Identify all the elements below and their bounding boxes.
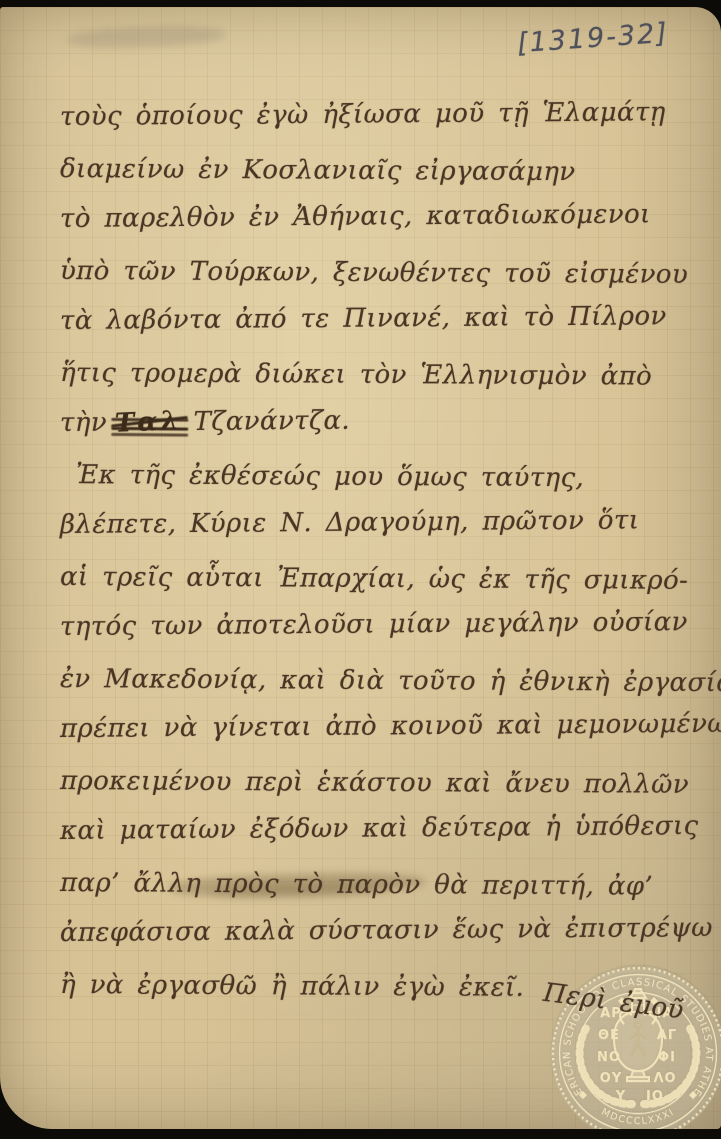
letter-body: τοὺς ὁποίους ἐγὼ ἠξίωσα μοῦ τῇ Ἑλαμάτῃ δ…: [60, 92, 713, 1010]
seal-letters-right: ΙΟ: [646, 1089, 664, 1104]
seal-letters-left: ΘΕ: [598, 1028, 620, 1043]
pencil-smudge: [66, 24, 227, 50]
seal-letters-left: ΝΟ: [597, 1050, 621, 1065]
paper-sheet: [1319-32] AMERICAN SCHOOL OF CLASSICAL S…: [0, 7, 721, 1129]
seal-letters-left: Υ: [615, 1089, 626, 1104]
crossed-out-word: Ταλ: [114, 396, 183, 450]
line-prefix: τὴν: [60, 408, 107, 438]
letter-line: τητός των ἀποτελοῦσι μίαν μεγάλην οὐσίαν: [60, 597, 713, 653]
letter-line: πρέπει νὰ γίνεται ἀπὸ κοινοῦ καὶ μεμονωμ…: [60, 699, 713, 755]
letter-line: τὴνΤαλΤζανάντζα.: [60, 393, 713, 449]
line-end: ἢ νὰ ἐργασθῶ ἢ πάλιν ἐγὼ ἐκεῖ.: [60, 970, 524, 1003]
letter-line: βλέπετε, Κύριε Ν. Δραγούμη, πρῶτον ὅτι: [60, 495, 713, 551]
letter-line: καὶ ματαίων ἐξόδων καὶ δεύτερα ἡ ὑπόθεσι…: [60, 801, 713, 857]
line-rest: Τζανάντζα.: [193, 406, 350, 437]
archival-number: [1319-32]: [516, 18, 670, 60]
seal-letters-left: ΟΥ: [600, 1071, 622, 1086]
letter-line: τοὺς ὁποίους ἐγὼ ἠξίωσα μοῦ τῇ Ἑλαμάτῃ: [60, 87, 713, 143]
letter-line: τὸ παρελθὸν ἐν Ἀθήναις, καταδιωκόμενοι: [60, 189, 713, 245]
letter-line: τὰ λαβόντα ἀπό τε Πινανέ, καὶ τὸ Πίλρον: [60, 291, 713, 347]
seal-letters-right: ΛΟ: [653, 1071, 676, 1086]
scanned-letter-page: { "document": { "kind": "handwritten let…: [0, 0, 721, 1139]
letter-line: ἢ νὰ ἐργασθῶ ἢ πάλιν ἐγὼ ἐκεῖ. Περὶ ἐμοῦ: [60, 960, 713, 1015]
seal-letters-right: ΦΙ: [658, 1050, 676, 1065]
letter-line: ἀπεφάσισα καλὰ σύστασιν ἕως νὰ ἐπιστρέψω: [60, 903, 713, 959]
